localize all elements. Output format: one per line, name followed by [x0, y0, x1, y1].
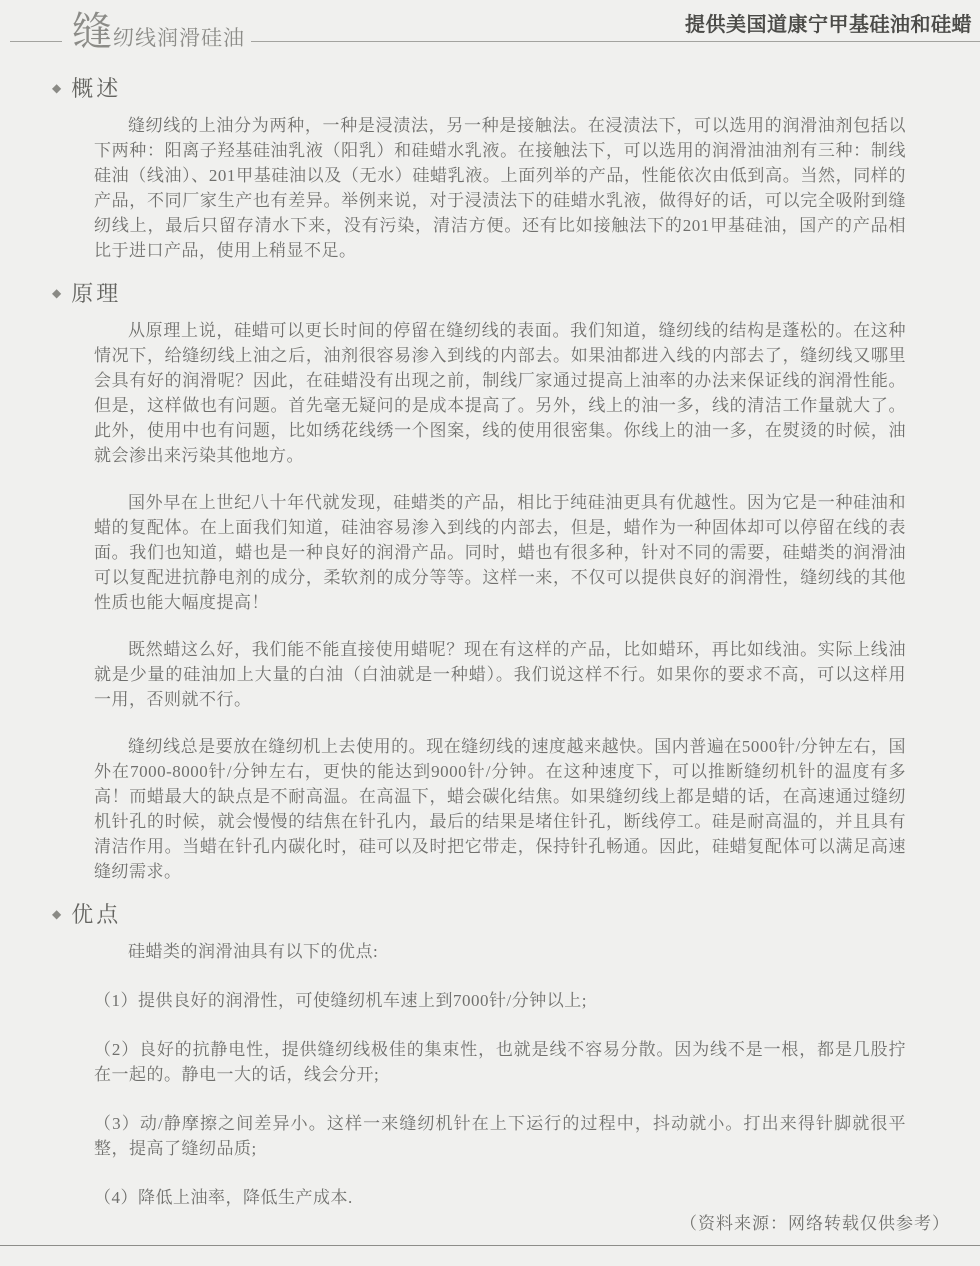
overview-paragraph: 缝纫线的上油分为两种，一种是浸渍法，另一种是接触法。在浸渍法下，可以选用的润滑油… [94, 113, 906, 263]
diamond-bullet-icon: ◆ [52, 287, 61, 299]
section-advantages: ◆ 优点 硅蜡类的润滑油具有以下的优点: （1）提供良好的润滑性，可使缝纫机车速… [0, 898, 980, 1210]
principle-paragraph-3: 既然蜡这么好，我们能不能直接使用蜡呢？现在有这样的产品，比如蜡环，再比如线油。实… [94, 637, 906, 712]
page-header: 提供美国道康宁甲基硅油和硅蜡 缝纫线润滑硅油 [0, 0, 980, 58]
advantage-item-2: （2）良好的抗静电性，提供缝纫线极佳的集束性，也就是线不容易分散。因为线不是一根… [94, 1037, 906, 1087]
advantage-item-4: （4）降低上油率，降低生产成本. [94, 1185, 906, 1210]
section-advantages-heading: ◆ 优点 [52, 898, 980, 929]
section-heading-label: 优点 [71, 898, 121, 929]
section-principle-heading: ◆ 原理 [52, 277, 980, 308]
diamond-bullet-icon: ◆ [52, 908, 61, 920]
section-overview: ◆ 概述 缝纫线的上油分为两种，一种是浸渍法，另一种是接触法。在浸渍法下，可以选… [0, 72, 980, 263]
principle-paragraph-1: 从原理上说，硅蜡可以更长时间的停留在缝纫线的表面。我们知道，缝纫线的结构是蓬松的… [94, 318, 906, 468]
title-first-char: 缝 [72, 9, 113, 54]
principle-paragraph-2: 国外早在上世纪八十年代就发现，硅蜡类的产品，相比于纯硅油更具有优越性。因为它是一… [94, 490, 906, 615]
section-principle: ◆ 原理 从原理上说，硅蜡可以更长时间的停留在缝纫线的表面。我们知道，缝纫线的结… [0, 277, 980, 884]
section-overview-heading: ◆ 概述 [52, 72, 980, 103]
advantage-item-3: （3）动/静摩擦之间差异小。这样一来缝纫机针在上下运行的过程中，抖动就小。打出来… [94, 1111, 906, 1161]
title-rule-left [10, 41, 62, 42]
section-heading-label: 原理 [71, 277, 121, 308]
title-rule-right [251, 41, 980, 42]
principle-paragraph-4: 缝纫线总是要放在缝纫机上去使用的。现在缝纫线的速度越来越快。国内普遍在5000针… [94, 734, 906, 884]
section-heading-label: 概述 [71, 72, 121, 103]
source-note: （资料来源：网络转载仅供参考） [680, 1209, 950, 1234]
diamond-bullet-icon: ◆ [52, 82, 61, 94]
bottom-divider [0, 1245, 980, 1246]
document-page: 提供美国道康宁甲基硅油和硅蜡 缝纫线润滑硅油 ◆ 概述 缝纫线的上油分为两种，一… [0, 0, 980, 1266]
title-rest: 纫线润滑硅油 [113, 26, 245, 50]
advantages-intro: 硅蜡类的润滑油具有以下的优点: [94, 939, 906, 964]
title-row: 缝纫线润滑硅油 [10, 0, 980, 50]
advantage-item-1: （1）提供良好的润滑性，可使缝纫机车速上到7000针/分钟以上; [94, 988, 906, 1013]
page-title: 缝纫线润滑硅油 [72, 14, 245, 50]
